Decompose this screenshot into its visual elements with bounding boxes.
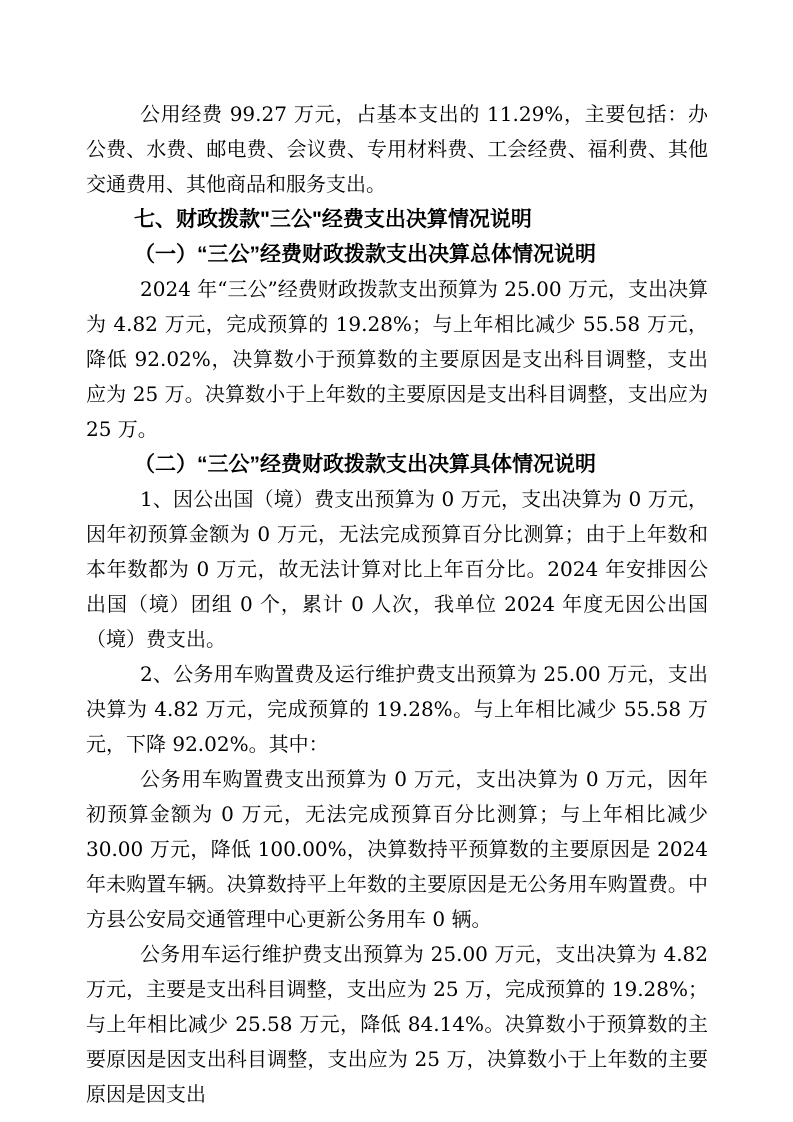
paragraph-public-funds-breakdown: 公用经费 99.27 万元，占基本支出的 11.29%，主要包括：办公费、水费、… <box>86 97 708 202</box>
document-page: 公用经费 99.27 万元，占基本支出的 11.29%，主要包括：办公费、水费、… <box>0 0 793 1122</box>
paragraph-overall-three-public-expenditure: 2024 年“三公”经费财政拨款支出预算为 25.00 万元，支出决算为 4.8… <box>86 272 708 447</box>
paragraph-vehicle-purchase-expense: 公务用车购置费支出预算为 0 万元，支出决算为 0 万元，因年初预算金额为 0 … <box>86 762 708 937</box>
paragraph-overseas-travel-expense: 1、因公出国（境）费支出预算为 0 万元，支出决算为 0 万元，因年初预算金额为… <box>86 482 708 657</box>
heading-section-seven-three-public-funds: 七、财政拨款"三公"经费支出决算情况说明 <box>86 202 708 237</box>
heading-subsection-one-overall-situation: （一）“三公”经费财政拨款支出决算总体情况说明 <box>86 237 708 272</box>
paragraph-vehicle-operation-maintenance-expense: 公务用车运行维护费支出预算为 25.00 万元，支出决算为 4.82 万元，主要… <box>86 937 708 1112</box>
paragraph-official-vehicle-total-expense: 2、公务用车购置费及运行维护费支出预算为 25.00 万元，支出决算为 4.82… <box>86 657 708 762</box>
document-content: 公用经费 99.27 万元，占基本支出的 11.29%，主要包括：办公费、水费、… <box>86 97 708 1112</box>
heading-subsection-two-specific-situation: （二）“三公”经费财政拨款支出决算具体情况说明 <box>86 447 708 482</box>
